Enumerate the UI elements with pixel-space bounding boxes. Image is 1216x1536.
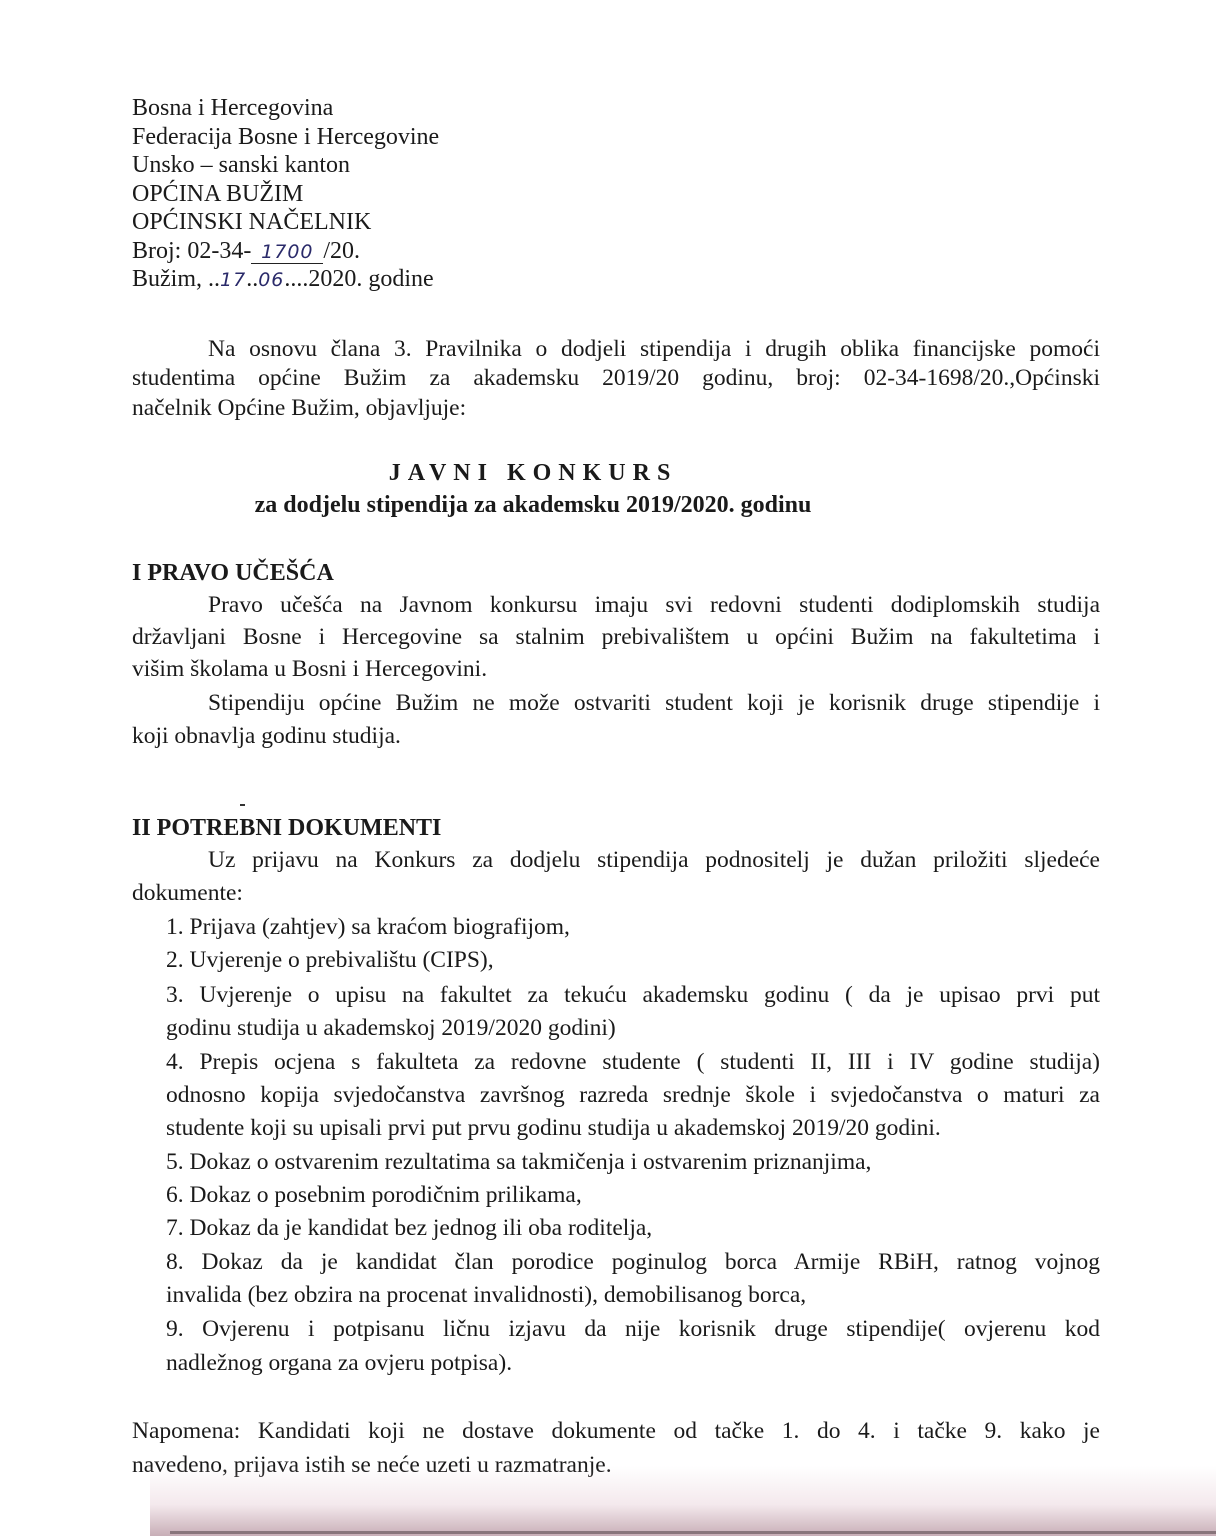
date-prefix: Bužim, ..: [132, 266, 220, 292]
document-list-item-3: 3. Uvjerenje o upisu na fakultet za teku…: [166, 981, 1100, 1011]
date-separator: ..: [246, 266, 258, 292]
document-list-item-8-cont: invalida (bez obzira na procenat invalid…: [166, 1281, 1100, 1311]
date-day-handwritten: 17: [220, 269, 246, 291]
document-list-item-7: 7. Dokaz da je kandidat bez jednog ili o…: [166, 1214, 1100, 1244]
section-heading-required-documents: II POTREBNI DOKUMENTI: [132, 815, 441, 842]
document-list-item-5: 5. Dokaz o ostvarenim rezultatima sa tak…: [166, 1148, 1100, 1178]
intro-line: načelnik Općine Bužim, objavljuje:: [132, 394, 1100, 424]
document-list-item-4-cont: odnosno kopija svjedočanstva završnog ra…: [166, 1081, 1100, 1111]
note-line: navedeno, prijava istih se neće uzeti u …: [132, 1451, 1100, 1481]
document-date: Bužim, ..17..06....2020. godine: [132, 265, 439, 295]
document-list-item-4: 4. Prepis ocjena s fakulteta za redovne …: [166, 1048, 1100, 1078]
letterhead-line-federation: Federacija Bosne i Hercegovine: [132, 123, 439, 152]
section-line: Stipendiju općine Bužim ne može ostvarit…: [132, 689, 1100, 719]
page-edge-line: [170, 1531, 1216, 1534]
document-number: Broj: 02-34-1700/20.: [132, 237, 439, 266]
section-line: koji obnavlja godinu studija.: [132, 722, 1100, 752]
date-month-handwritten: 06: [258, 269, 284, 291]
intro-line: studentima općine Bužim za akademsku 201…: [132, 364, 1100, 394]
document-title: JAVNI KONKURS: [0, 460, 1066, 487]
document-list-item-1: 1. Prijava (zahtjev) sa kraćom biografij…: [166, 913, 1100, 943]
document-list-item-9: 9. Ovjerenu i potpisanu ličnu izjavu da …: [166, 1315, 1100, 1345]
section-line: dokumente:: [132, 879, 1100, 909]
document-list-item-4-cont: studente koji su upisali prvi put prvu g…: [166, 1114, 1100, 1144]
section-line: višim školama u Bosni i Hercegovini.: [132, 655, 1100, 685]
document-subtitle: za dodjelu stipendija za akademsku 2019/…: [0, 492, 1066, 519]
document-list-item-8: 8. Dokaz da je kandidat član porodice po…: [166, 1248, 1100, 1278]
letterhead-line-canton: Unsko – sanski kanton: [132, 151, 439, 180]
letterhead-line-country: Bosna i Hercegovina: [132, 94, 439, 123]
date-suffix: ....2020. godine: [284, 266, 433, 292]
document-list-item-6: 6. Dokaz o posebnim porodičnim prilikama…: [166, 1181, 1100, 1211]
note-line: Napomena: Kandidati koji ne dostave doku…: [132, 1417, 1100, 1447]
section-line: Uz prijavu na Konkurs za dodjelu stipend…: [132, 846, 1100, 876]
document-list-item-9-cont: nadležnog organa za ovjeru potpisa).: [166, 1349, 1100, 1379]
letterhead-line-mayor: OPĆINSKI NAČELNIK: [132, 208, 439, 237]
section-line: Pravo učešća na Javnom konkursu imaju sv…: [132, 591, 1100, 621]
document-number-handwritten-field: 1700: [251, 240, 323, 264]
intro-line: Na osnovu člana 3. Pravilnika o dodjeli …: [132, 335, 1100, 365]
letterhead-line-municipality: OPĆINA BUŽIM: [132, 180, 439, 209]
document-number-handwritten: 1700: [261, 241, 313, 263]
document-page: Bosna i Hercegovina Federacija Bosne i H…: [0, 0, 1216, 1536]
letterhead: Bosna i Hercegovina Federacija Bosne i H…: [132, 94, 439, 295]
document-number-suffix: /20.: [323, 238, 360, 264]
document-list-item-2: 2. Uvjerenje o prebivalištu (CIPS),: [166, 946, 1100, 976]
document-list-item-3-cont: godinu studija u akademskoj 2019/2020 go…: [166, 1014, 1100, 1044]
stray-mark: [240, 804, 245, 806]
document-number-prefix: Broj: 02-34-: [132, 238, 251, 264]
section-line: državljani Bosne i Hercegovine sa stalni…: [132, 623, 1100, 653]
section-heading-participation: I PRAVO UČEŠĆA: [132, 560, 334, 587]
